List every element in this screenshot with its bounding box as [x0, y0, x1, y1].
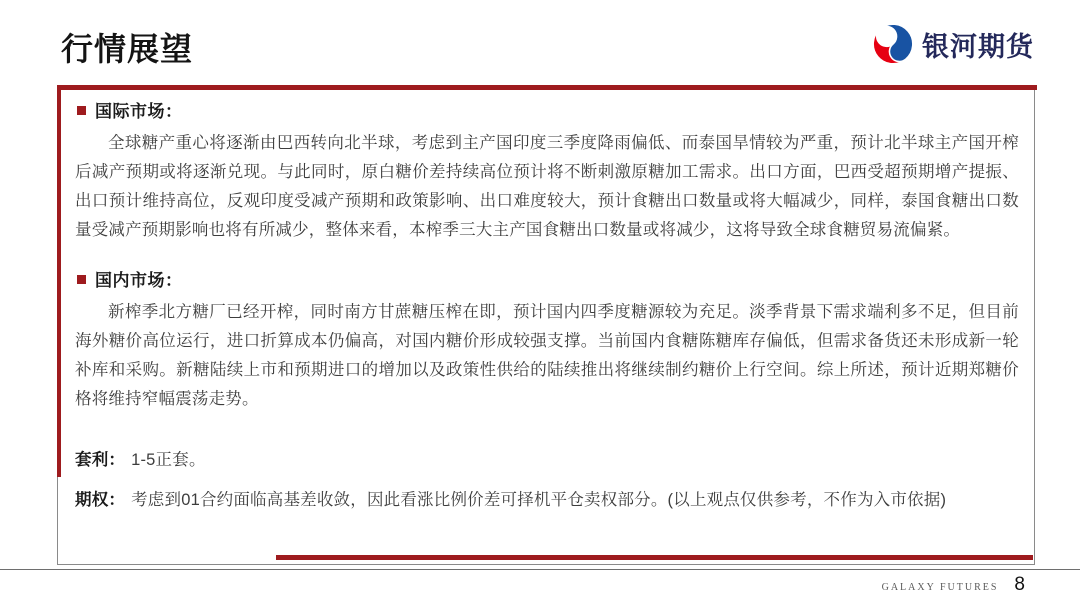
section-body: 全球糖产重心将逐渐由巴西转向北半球，考虑到主产国印度三季度降雨偏低、而泰国旱情较…: [75, 129, 1019, 245]
square-bullet-icon: [77, 275, 86, 284]
arbitrage-note: 套利：1-5正套。: [75, 448, 1019, 472]
section-international: 国际市场： 全球糖产重心将逐渐由巴西转向北半球，考虑到主产国印度三季度降雨偏低、…: [75, 97, 1019, 245]
page-title: 行情展望: [61, 24, 193, 70]
arbitrage-label: 套利：: [75, 451, 125, 469]
slide: 行情展望 银河期货 国际市场： 全球糖产重心将逐渐由巴西转向北半球，考虑到主产国…: [0, 0, 1080, 608]
footer-brand: GALAXY FUTURES: [882, 582, 999, 593]
section-domestic: 国内市场： 新榨季北方糖厂已经开榨，同时南方甘蔗糖压榨在即，预计国内四季度糖源较…: [75, 266, 1019, 414]
square-bullet-icon: [77, 106, 86, 115]
options-note: 期权：考虑到01合约面临高基差收敛，因此看涨比例价差可择机平仓卖权部分。(以上观…: [75, 488, 1019, 512]
footer-divider: [0, 569, 1080, 570]
options-text: 考虑到01合约面临高基差收敛，因此看涨比例价差可择机平仓卖权部分。(以上观点仅供…: [131, 491, 946, 509]
section-heading: 国内市场：: [95, 266, 183, 291]
section-body: 新榨季北方糖厂已经开榨，同时南方甘蔗糖压榨在即，预计国内四季度糖源较为充足。淡季…: [75, 298, 1019, 414]
galaxy-swirl-icon: [871, 22, 915, 66]
footer: GALAXY FUTURES 8: [882, 574, 1025, 596]
section-heading: 国际市场：: [95, 97, 183, 122]
brand-name: 银河期货: [922, 25, 1034, 64]
arbitrage-text: 1-5正套。: [131, 451, 206, 469]
content-panel: 国际市场： 全球糖产重心将逐渐由巴西转向北半球，考虑到主产国印度三季度降雨偏低、…: [57, 85, 1035, 565]
options-label: 期权：: [75, 491, 125, 509]
bottom-accent-line: [276, 555, 1033, 560]
page-number: 8: [1014, 574, 1025, 596]
brand-logo: 银河期货: [871, 22, 1034, 66]
